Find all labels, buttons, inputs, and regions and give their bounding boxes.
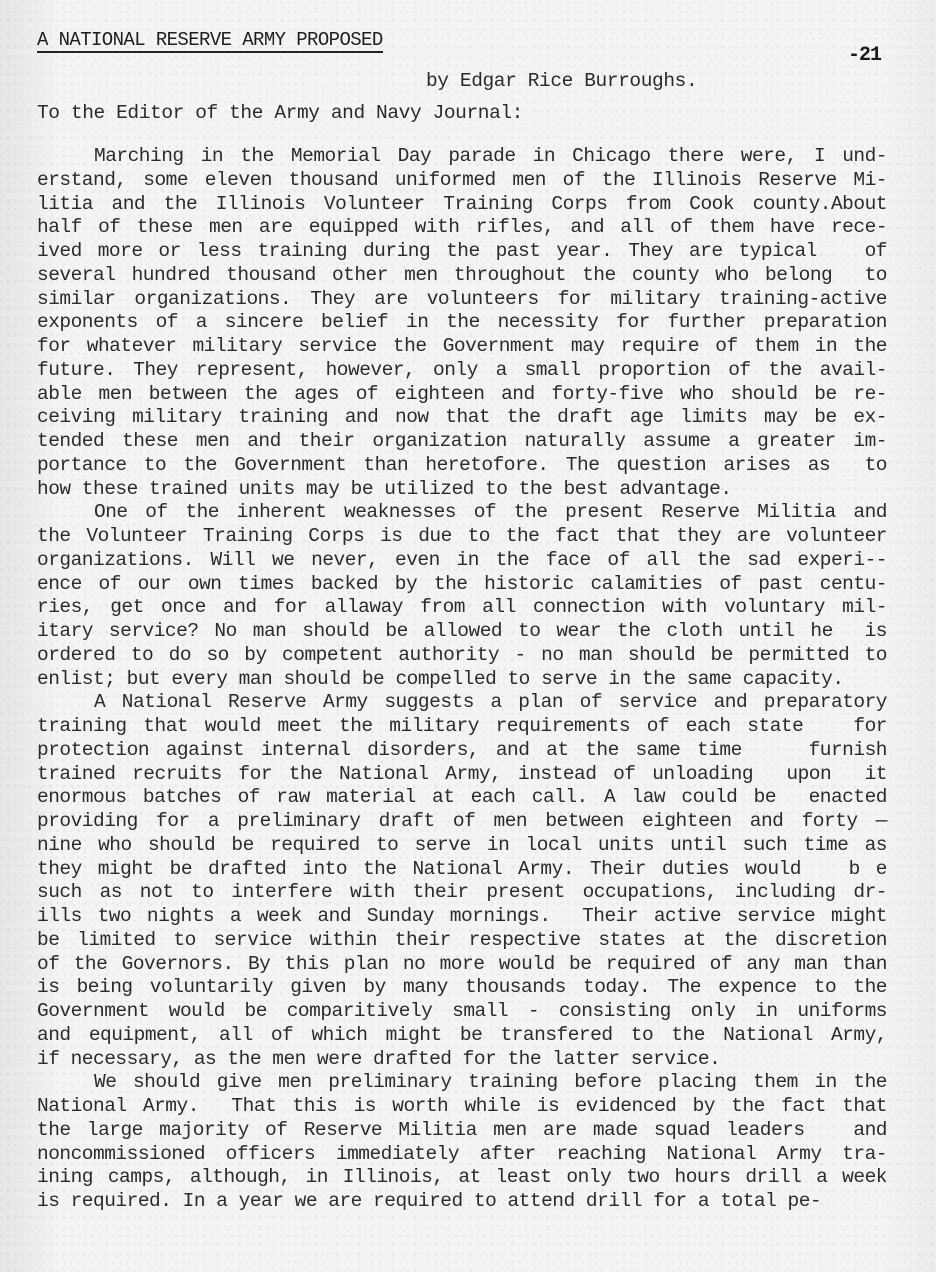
text-line: litia and the Illinois Volunteer Trainin…	[37, 193, 887, 217]
text-line: One of the inherent weaknesses of the pr…	[37, 501, 887, 525]
text-line: ining camps, although, in Illinois, at l…	[37, 1166, 887, 1190]
text-line: Marching in the Memorial Day parade in C…	[37, 145, 887, 169]
text-line: providing for a preliminary draft of men…	[37, 810, 887, 834]
paragraph: We should give men preliminary training …	[37, 1071, 887, 1214]
text-line: We should give men preliminary training …	[37, 1071, 887, 1095]
text-line: how these trained units may be utilized …	[37, 478, 887, 502]
text-line: the large majority of Reserve Militia me…	[37, 1119, 887, 1143]
text-line: ceiving military training and now that t…	[37, 406, 887, 430]
text-line: noncommissioned officers immediately aft…	[37, 1143, 887, 1167]
text-line: National Army. That this is worth while …	[37, 1095, 887, 1119]
text-line: is being voluntarily given by many thous…	[37, 976, 887, 1000]
text-line: nine who should be required to serve in …	[37, 834, 887, 858]
text-line: be limited to service within their respe…	[37, 929, 887, 953]
text-line: if necessary, as the men were drafted fo…	[37, 1048, 887, 1072]
paragraph: Marching in the Memorial Day parade in C…	[37, 145, 887, 501]
text-line: protection against internal disorders, a…	[37, 739, 887, 763]
salutation: To the Editor of the Army and Navy Journ…	[37, 102, 523, 124]
text-line: ordered to do so by competent authority …	[37, 644, 887, 668]
text-line: ries, get once and for allaway from all …	[37, 596, 887, 620]
text-line: Government would be comparitively small …	[37, 1000, 887, 1024]
text-line: the Volunteer Training Corps is due to t…	[37, 525, 887, 549]
text-line: ence of our own times backed by the hist…	[37, 573, 887, 597]
text-line: ived more or less training during the pa…	[37, 240, 887, 264]
text-line: future. They represent, however, only a …	[37, 359, 887, 383]
paragraph: One of the inherent weaknesses of the pr…	[37, 501, 887, 691]
article-title: A NATIONAL RESERVE ARMY PROPOSED	[37, 30, 383, 53]
text-line: they might be drafted into the National …	[37, 858, 887, 882]
text-line: able men between the ages of eighteen an…	[37, 383, 887, 407]
text-line: half of these men are equipped with rifl…	[37, 216, 887, 240]
text-line: itary service? No man should be allowed …	[37, 620, 887, 644]
text-line: tended these men and their organization …	[37, 430, 887, 454]
text-line: enormous batches of raw material at each…	[37, 786, 887, 810]
text-line: and equipment, all of which might be tra…	[37, 1024, 887, 1048]
byline: by Edgar Rice Burroughs.	[426, 70, 697, 92]
text-line: similar organizations. They are voluntee…	[37, 288, 887, 312]
text-line: enlist; but every man should be compelle…	[37, 668, 887, 692]
text-line: erstand, some eleven thousand uniformed …	[37, 169, 887, 193]
article-body: Marching in the Memorial Day parade in C…	[37, 145, 887, 1214]
text-line: exponents of a sincere belief in the nec…	[37, 311, 887, 335]
text-line: trained recruits for the National Army, …	[37, 763, 887, 787]
text-line: several hundred thousand other men throu…	[37, 264, 887, 288]
text-line: portance to the Government than heretofo…	[37, 454, 887, 478]
text-line: of the Governors. By this plan no more w…	[37, 953, 887, 977]
text-line: is required. In a year we are required t…	[37, 1190, 887, 1214]
text-line: training that would meet the military re…	[37, 715, 887, 739]
typewritten-page: A NATIONAL RESERVE ARMY PROPOSED -21 by …	[0, 0, 936, 1272]
paragraph: A National Reserve Army suggests a plan …	[37, 691, 887, 1071]
text-line: for whatever military service the Govern…	[37, 335, 887, 359]
page-number: -21	[848, 44, 881, 67]
text-line: organizations. Will we never, even in th…	[37, 549, 887, 573]
text-line: ills two nights a week and Sunday mornin…	[37, 905, 887, 929]
text-line: A National Reserve Army suggests a plan …	[37, 691, 887, 715]
text-line: such as not to interfere with their pres…	[37, 881, 887, 905]
